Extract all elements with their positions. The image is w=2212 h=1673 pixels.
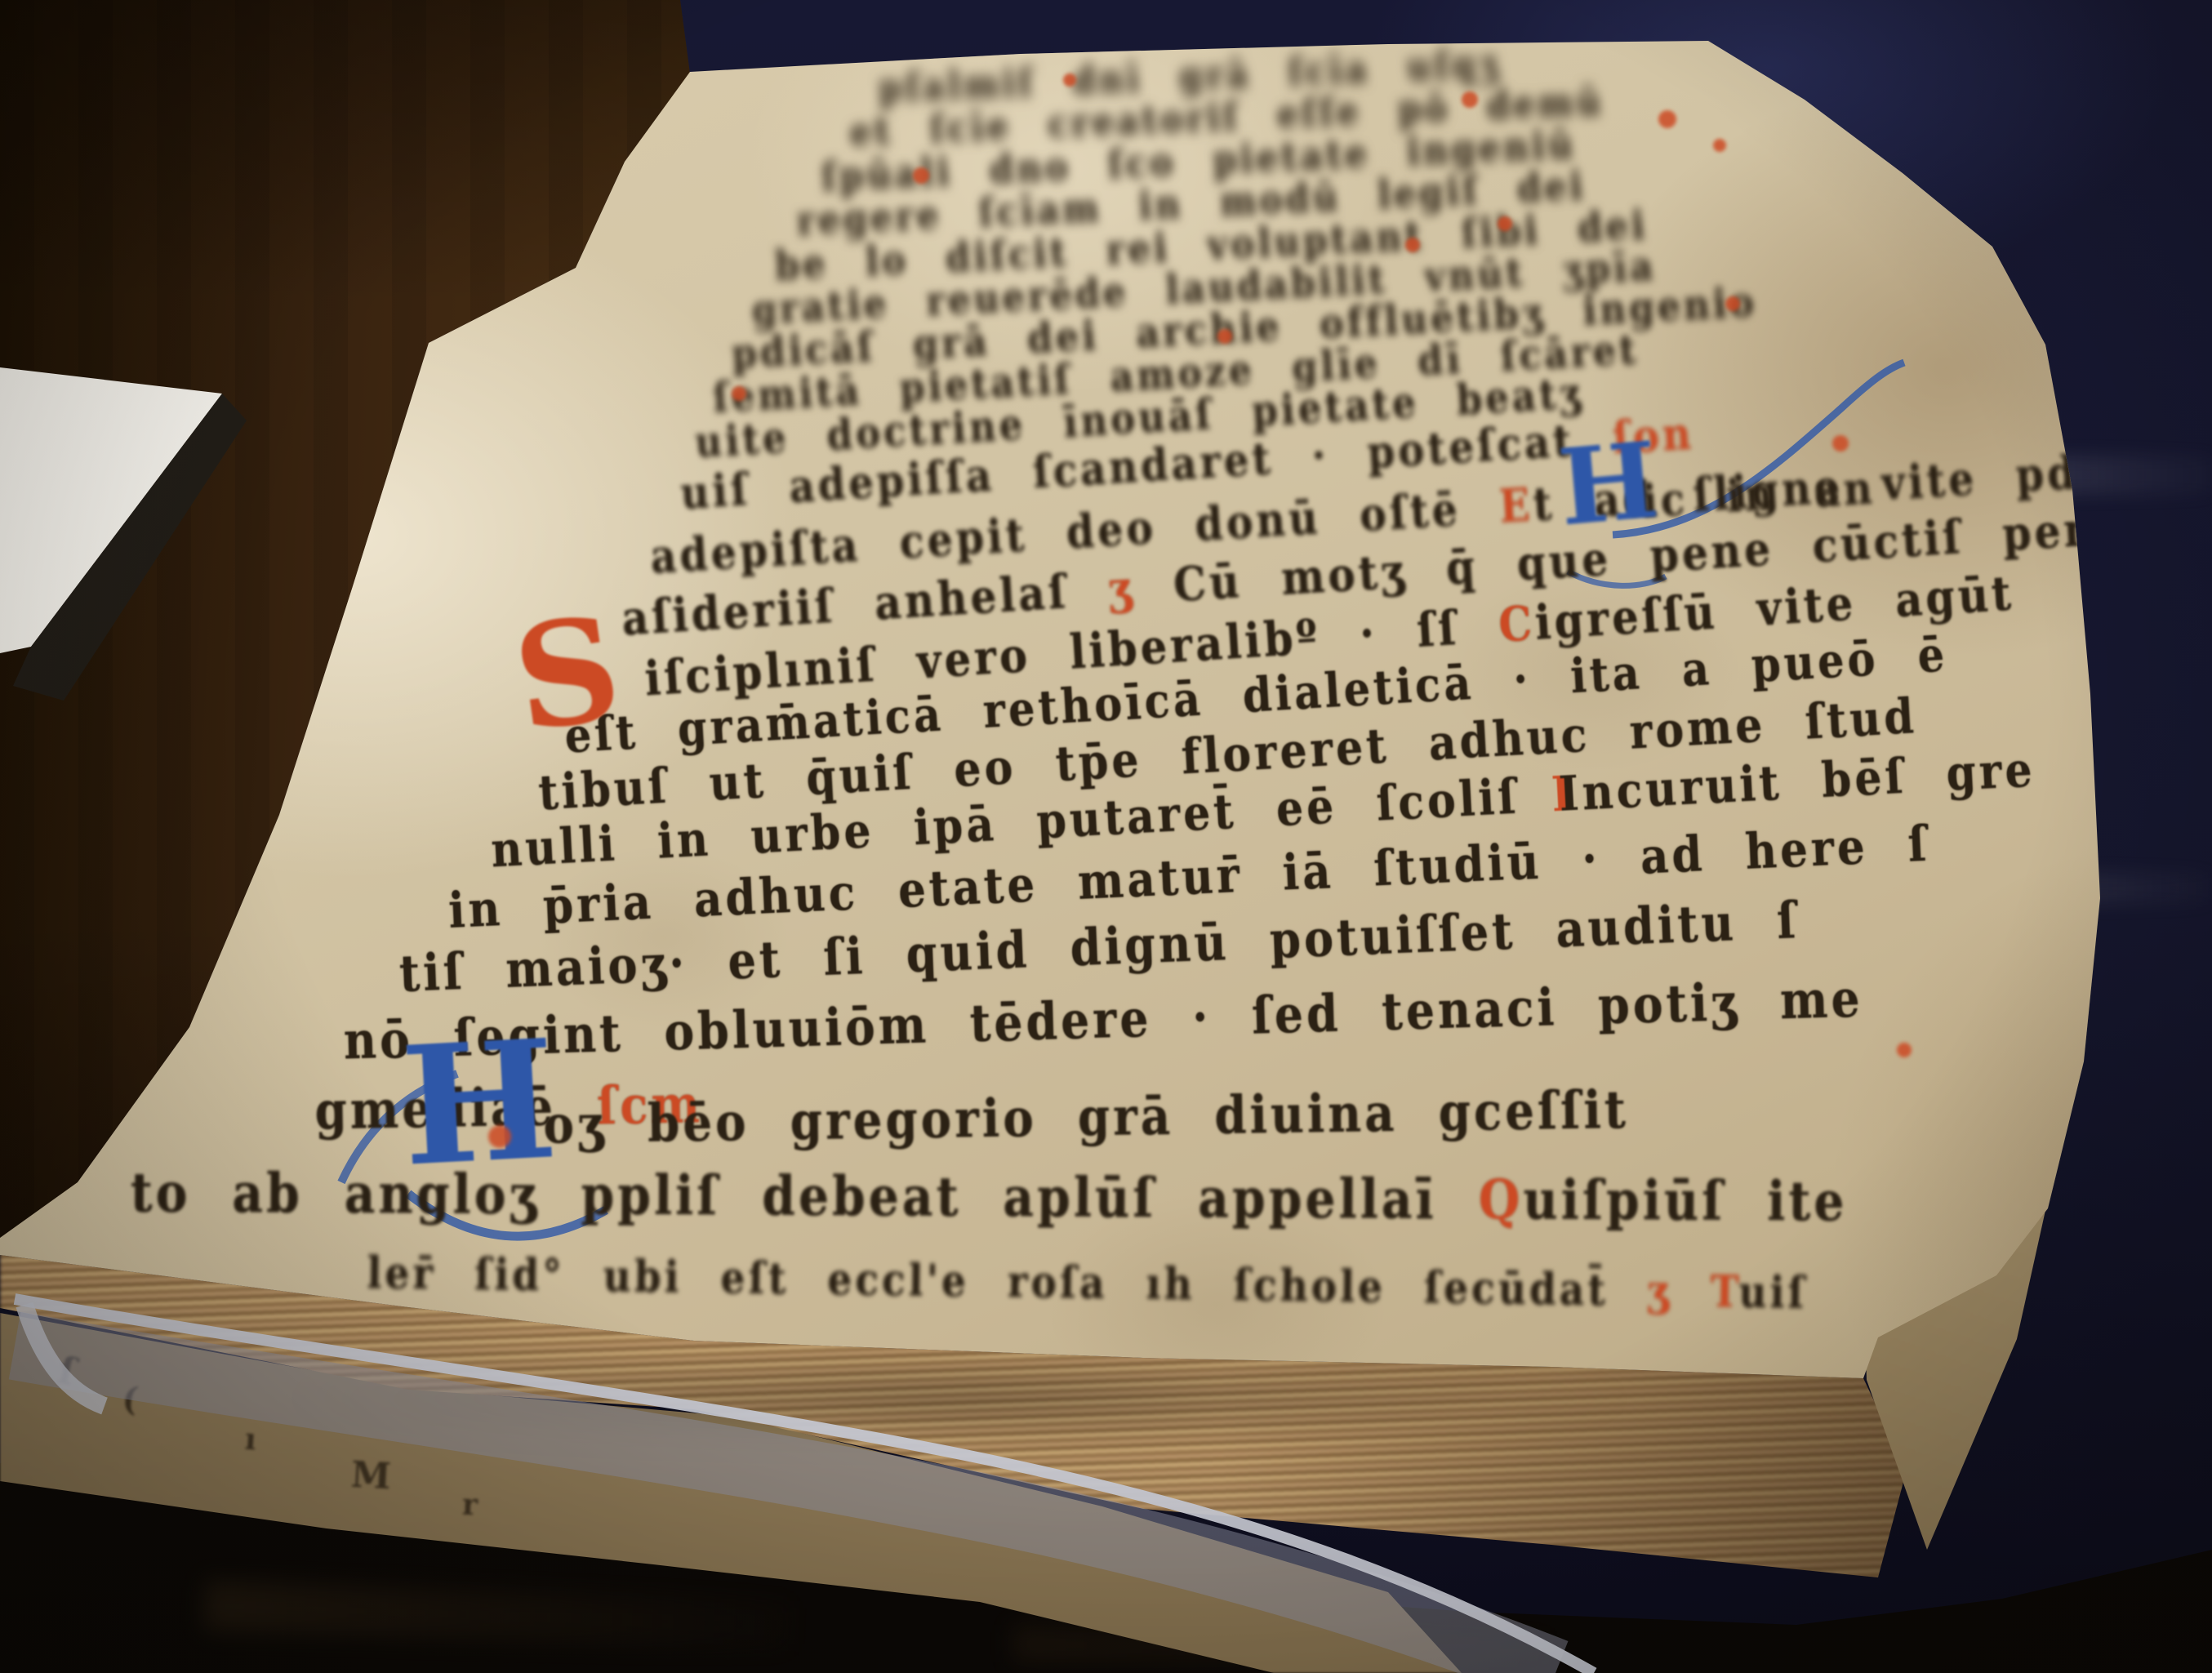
museum-display-case-scene: ſ(ıMr pſalmiſ dnī grā ſcīa uſqʒet ſcīe c… xyxy=(0,0,2212,1673)
rubric-text-run: I xyxy=(1558,765,1584,823)
lower-strip-ink-mark: M xyxy=(350,1454,392,1497)
rubric-text-run: ʒ xyxy=(1647,1265,1711,1317)
gothic-text-run: uiſpiūſ ite xyxy=(1523,1168,1847,1234)
rubric-red-dot xyxy=(1832,435,1849,452)
illuminated-initial-blue: H xyxy=(1556,436,1662,533)
rubric-red-dot xyxy=(1713,139,1726,152)
gothic-text-run: oʒ bēo gregorio grā diuina gceſſit xyxy=(543,1079,1629,1155)
rubric-red-dot xyxy=(1658,110,1676,128)
rubric-text-run: Q xyxy=(1479,1168,1524,1232)
rubric-text-run: ʒ xyxy=(1106,560,1137,616)
rubric-red-dot xyxy=(1217,329,1232,344)
lower-strip-ink-mark: r xyxy=(461,1488,478,1523)
rubric-red-dot xyxy=(1897,1043,1912,1057)
rubric-red-dot xyxy=(1462,91,1478,108)
gothic-text-run: ler̄ ſid° ubi eſt eccl'e roſa ıh ſchole … xyxy=(367,1247,1647,1316)
rubric-red-dot xyxy=(1063,73,1076,87)
gothic-text-run: to ab angloʒ ppliſ debeat aplūſ appellaī xyxy=(131,1161,1479,1231)
rubric-red-dot xyxy=(732,386,746,401)
rubric-red-dot xyxy=(488,1125,511,1148)
manuscript-line: oʒ bēo gregorio grā diuina gceſſit xyxy=(543,1083,1629,1150)
rubric-red-dot xyxy=(913,167,929,184)
rubric-text-run: T xyxy=(1710,1266,1739,1317)
illuminated-initial-blue: H xyxy=(398,1030,560,1177)
rubric-text-run: E xyxy=(1498,478,1534,533)
rubric-red-dot xyxy=(1498,216,1512,231)
rubric-text-run: C xyxy=(1497,595,1537,653)
manuscript-line: ler̄ ſid° ubi eſt eccl'e roſa ıh ſchole … xyxy=(367,1251,1808,1315)
illuminated-initial-red: S xyxy=(508,607,627,742)
gothic-text-run: uiſ xyxy=(1738,1266,1808,1319)
rubric-red-dot xyxy=(1405,238,1420,252)
manuscript-line: to ab angloʒ ppliſ debeat aplūſ appellaī… xyxy=(131,1166,1848,1229)
rubric-red-dot xyxy=(1725,296,1740,311)
